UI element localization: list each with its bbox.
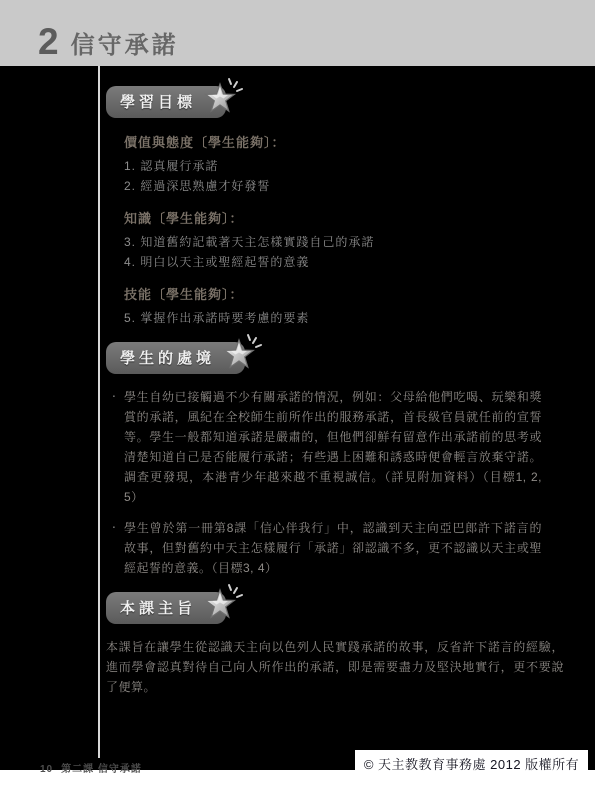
objective-group: 價值與態度〔學生能夠〕： 1. 認真履行承諾 2. 經過深思熟慮才好發誓: [124, 132, 565, 196]
section-objectives: 學習目標: [106, 86, 565, 328]
list-item: ‧ 學生自幼已接觸過不少有關承諾的情況，例如：父母給他們吃喝、玩樂和獎賞的承諾，…: [112, 387, 542, 507]
section-badge-situation: 學生的處境: [106, 342, 245, 374]
objective-group: 技能〔學生能夠〕： 5. 掌握作出承諾時要考慮的要素: [124, 284, 565, 328]
star-icon: [200, 583, 244, 625]
objective-item: 4. 明白以天主或聖經起誓的意義: [124, 252, 565, 272]
section-badge-theme: 本課主旨: [106, 592, 226, 624]
bullet-marker: ‧: [112, 518, 124, 578]
page-title: 信守承諾: [71, 32, 179, 60]
list-item: ‧ 學生曾於第一冊第8課「信心伴我行」中，認識到天主向亞巴郎許下諾言的故事，但對…: [112, 518, 542, 578]
objective-item: 5. 掌握作出承諾時要考慮的要素: [124, 308, 565, 328]
footer-chapter: 第二課 信守承諾: [61, 760, 142, 775]
objective-item: 1. 認真履行承諾: [124, 156, 565, 176]
objective-group-heading: 技能〔學生能夠〕：: [124, 284, 565, 303]
bullet-marker: ‧: [112, 387, 124, 507]
objective-group-heading: 知識〔學生能夠〕：: [124, 208, 565, 227]
section-theme: 本課主旨 本課旨在讓學生從認識天主向以色列人民實踐承諾的故事，反省許下諾言的經驗…: [106, 592, 565, 697]
copyright-notice: © 天主教教育事務處 2012 版權所有: [355, 750, 588, 777]
page-number: 10: [40, 764, 53, 775]
objectives-list: 價值與態度〔學生能夠〕： 1. 認真履行承諾 2. 經過深思熟慮才好發誓 知識〔…: [124, 132, 565, 328]
section-situation: 學生的處境 ‧ 學生自幼已接觸過不少有關承諾的情況，例如：父母給他們吃喝、玩樂和…: [106, 342, 565, 578]
content-area: 學習目標: [0, 66, 595, 770]
footer-page-info: 10 第二課 信守承諾: [40, 760, 142, 775]
theme-paragraph: 本課旨在讓學生從認識天主向以色列人民實踐承諾的故事，反省許下諾言的經驗，進而學會…: [106, 637, 564, 697]
objective-group: 知識〔學生能夠〕： 3. 知道舊約記載著天主怎樣實踐自己的承諾 4. 明白以天主…: [124, 208, 565, 272]
objective-item: 2. 經過深思熟慮才好發誓: [124, 176, 565, 196]
bullet-text: 學生曾於第一冊第8課「信心伴我行」中，認識到天主向亞巴郎許下諾言的故事，但對舊約…: [124, 518, 542, 578]
section-badge-objectives: 學習目標: [106, 86, 226, 118]
situation-bullets: ‧ 學生自幼已接觸過不少有關承諾的情況，例如：父母給他們吃喝、玩樂和獎賞的承諾，…: [112, 387, 542, 578]
document-page: 2 信守承諾 學習目標: [0, 0, 595, 794]
star-icon: [200, 77, 244, 119]
section-badge-label: 學習目標: [120, 94, 196, 111]
objective-item: 3. 知道舊約記載著天主怎樣實踐自己的承諾: [124, 232, 565, 252]
bullet-text: 學生自幼已接觸過不少有關承諾的情況，例如：父母給他們吃喝、玩樂和獎賞的承諾，風紀…: [124, 387, 542, 507]
lesson-number: 2: [38, 23, 59, 60]
page-header: 2 信守承諾: [0, 0, 595, 66]
star-icon: [219, 333, 263, 375]
objective-group-heading: 價值與態度〔學生能夠〕：: [124, 132, 565, 151]
vertical-divider: [98, 66, 100, 758]
section-badge-label: 學生的處境: [120, 350, 215, 367]
section-badge-label: 本課主旨: [120, 600, 196, 617]
